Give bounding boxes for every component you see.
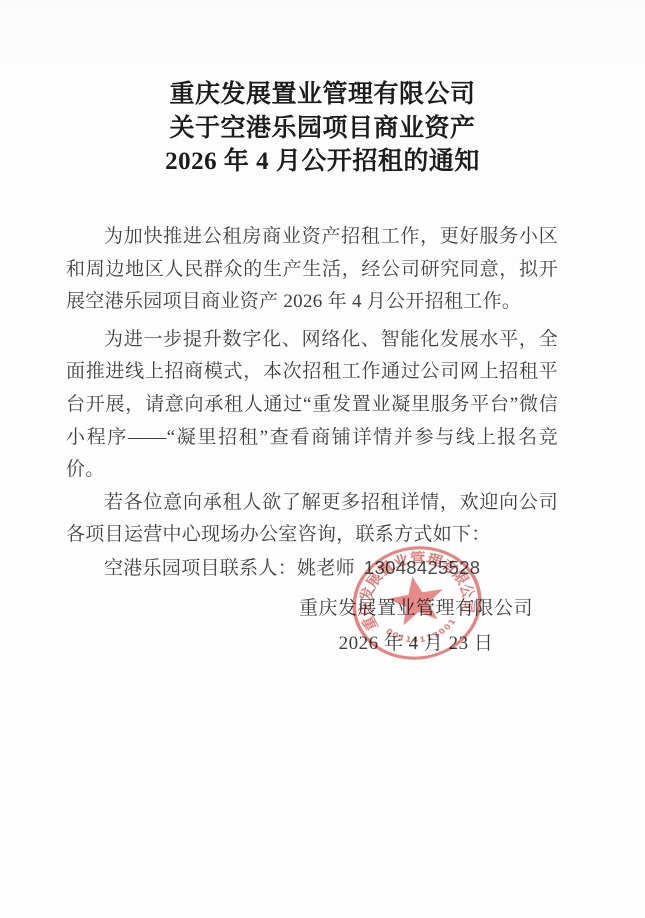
document-page: 重庆发展置业管理有限公司 关于空港乐园项目商业资产 2026 年 4 月公开招租… <box>0 0 645 918</box>
contact-label: 空港乐园项目联系人： <box>104 558 297 579</box>
body-paragraph: 若各位意向承租人欲了解更多招租详情，欢迎向公司各项目运营中心现场办公室咨询，联系… <box>66 487 558 552</box>
document-body: 为加快推进公租房商业资产招租工作，更好服务小区和周边地区人民群众的生产生活，经公… <box>66 221 558 586</box>
body-paragraph: 为进一步提升数字化、网络化、智能化发展水平，全面推进线上招商模式，本次招租工作通… <box>66 324 558 487</box>
title-line-2: 关于空港乐园项目商业资产 <box>0 112 645 146</box>
seal-star-icon <box>385 572 448 627</box>
document-title: 重庆发展置业管理有限公司 关于空港乐园项目商业资产 2026 年 4 月公开招租… <box>0 78 645 179</box>
body-paragraph: 为加快推进公租房商业资产招租工作，更好服务小区和周边地区人民群众的生产生活，经公… <box>66 221 558 319</box>
title-line-1: 重庆发展置业管理有限公司 <box>0 78 645 112</box>
title-line-3: 2026 年 4 月公开招租的通知 <box>0 145 645 179</box>
official-seal-stamp: 重庆发展置业管理有限公司 5001141170018 <box>337 531 496 675</box>
